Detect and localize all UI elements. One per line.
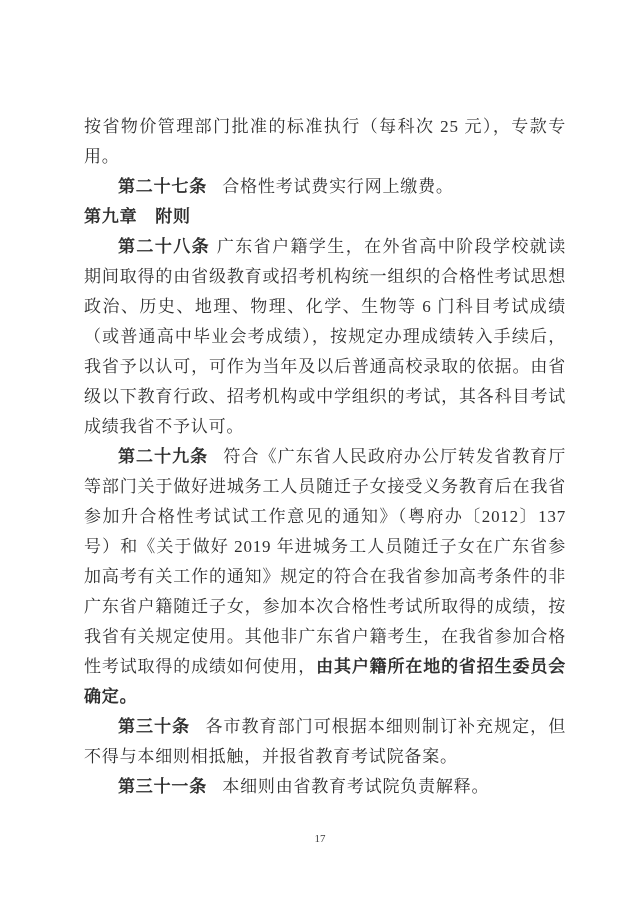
paragraph-fee-standard-continuation: 按省物价管理部门批准的标准执行（每科次 25 元），专款专用。: [84, 112, 566, 172]
article-27-paragraph: 第二十七条合格性考试费实行网上缴费。: [84, 172, 566, 202]
article-31-text: 本细则由省教育考试院负责解释。: [222, 777, 489, 796]
article-28-label: 第二十八条: [118, 237, 210, 256]
article-29-label: 第二十九条: [118, 447, 208, 466]
article-31-paragraph: 第三十一条本细则由省教育考试院负责解释。: [84, 772, 566, 802]
article-31-label: 第三十一条: [118, 777, 207, 796]
article-28-text: 广东省户籍学生，在外省高中阶段学校就读期间取得的由省级教育或招考机构统一组织的合…: [84, 237, 566, 436]
page-number: 17: [0, 833, 640, 845]
article-29-paragraph: 第二十九条符合《广东省人民政府办公厅转发省教育厅等部门关于做好进城务工人员随迁子…: [84, 442, 566, 712]
article-30-label: 第三十条: [118, 717, 190, 736]
paragraph-text: 按省物价管理部门批准的标准执行（每科次 25 元），专款专用。: [84, 117, 566, 166]
article-29-text: 符合《广东省人民政府办公厅转发省教育厅等部门关于做好进城务工人员随迁子女接受义务…: [84, 447, 566, 676]
chapter-9-heading: 第九章 附则: [84, 202, 566, 232]
article-28-paragraph: 第二十八条广东省户籍学生，在外省高中阶段学校就读期间取得的由省级教育或招考机构统…: [84, 232, 566, 442]
article-27-label: 第二十七条: [118, 177, 207, 196]
document-page: 按省物价管理部门批准的标准执行（每科次 25 元），专款专用。 第二十七条合格性…: [0, 0, 640, 905]
article-30-paragraph: 第三十条各市教育部门可根据本细则制订补充规定，但不得与本细则相抵触，并报省教育考…: [84, 712, 566, 772]
document-body: 按省物价管理部门批准的标准执行（每科次 25 元），专款专用。 第二十七条合格性…: [84, 112, 566, 802]
article-27-text: 合格性考试费实行网上缴费。: [222, 177, 453, 196]
